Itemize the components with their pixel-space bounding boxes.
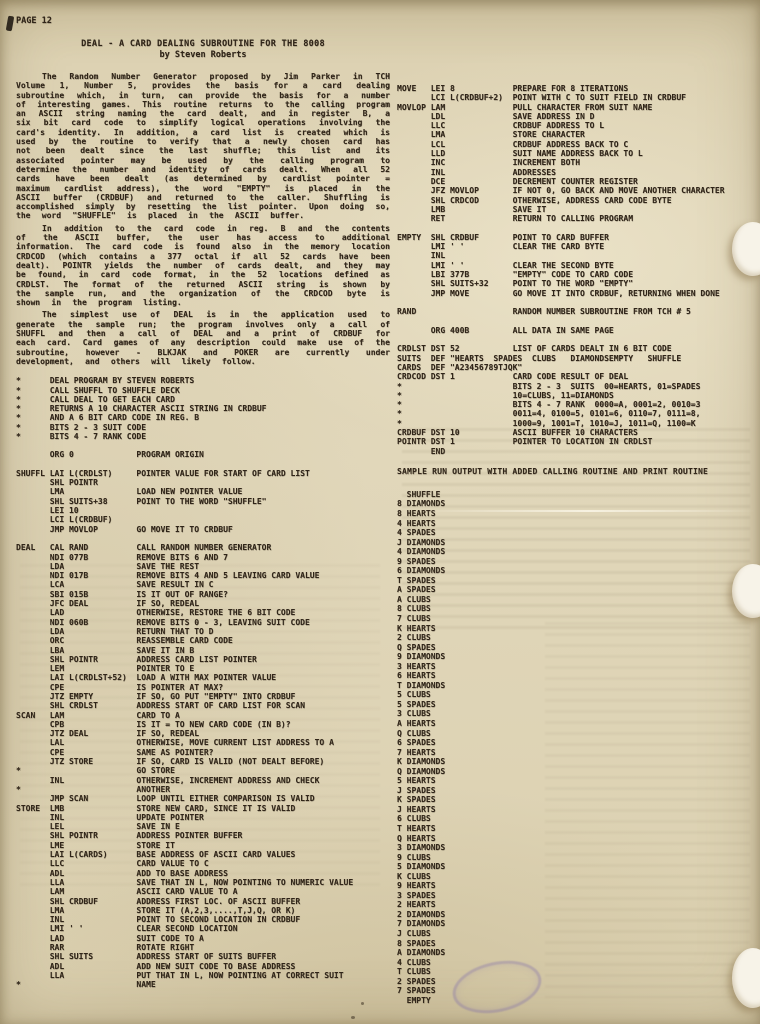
article-paragraph-3: The simplest use of DEAL is in the appli… [16, 310, 390, 366]
sample-run-heading: SAMPLE RUN OUTPUT WITH ADDED CALLING ROU… [397, 467, 755, 476]
article-paragraph-2: In addition to the card code in reg. B a… [16, 224, 390, 308]
scan-edge-artifact [6, 16, 15, 32]
paper-crease [420, 510, 756, 512]
article-byline: by Steven Roberts [16, 50, 390, 60]
right-column: MOVE LEI 8 PREPARE FOR 8 ITERATIONS LCI … [397, 0, 755, 1005]
assembly-listing-left: ORG 0 PROGRAM ORIGIN SHUFFL LAI L(CRDLST… [16, 450, 390, 989]
listing-header-comments: * DEAL PROGRAM BY STEVEN ROBERTS * CALL … [16, 376, 390, 441]
ink-speck [361, 1002, 364, 1005]
left-column: PAGE 12 DEAL - A CARD DEALING SUBROUTINE… [16, 0, 390, 990]
sample-run-output: SHUFFLE 8 DIAMONDS 8 HEARTS 4 HEARTS 4 S… [397, 490, 755, 1006]
scanned-newsletter-page: PAGE 12 DEAL - A CARD DEALING SUBROUTINE… [0, 0, 760, 1024]
article-paragraph-1: The Random Number Generator proposed by … [16, 72, 390, 221]
ink-speck [351, 1016, 355, 1019]
page-number: PAGE 12 [16, 16, 390, 26]
article-title: DEAL - A CARD DEALING SUBROUTINE FOR THE… [16, 39, 390, 49]
assembly-listing-right: MOVE LEI 8 PREPARE FOR 8 ITERATIONS LCI … [397, 84, 755, 456]
